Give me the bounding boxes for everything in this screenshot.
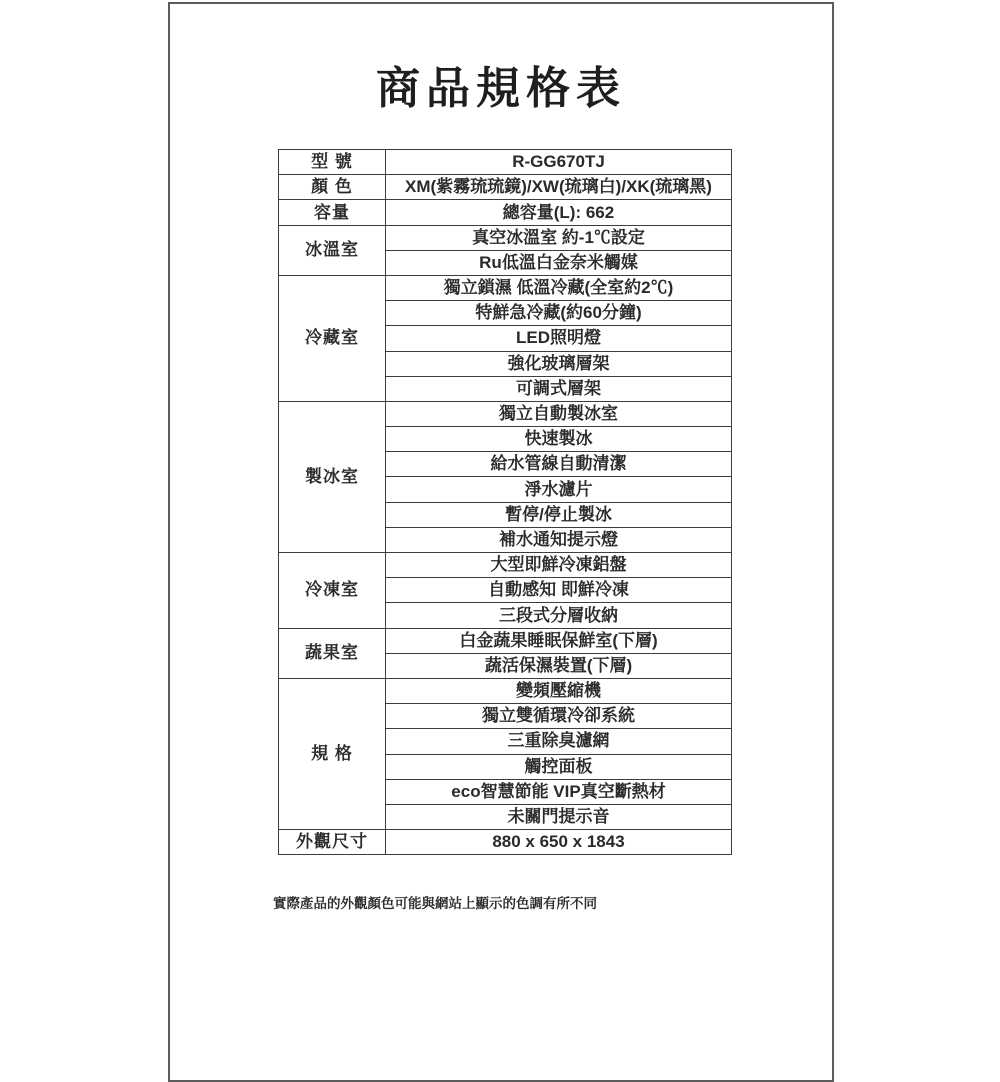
table-row: 容量總容量(L): 662	[279, 200, 732, 225]
spec-category-cell: 製冰室	[279, 401, 386, 552]
spec-value-cell: eco智慧節能 VIP真空斷熱材	[386, 779, 732, 804]
spec-value-cell: 獨立雙循環冷卻系統	[386, 704, 732, 729]
spec-value-cell: Ru低溫白金奈米觸媒	[386, 250, 732, 275]
spec-value-cell: 獨立自動製冰室	[386, 401, 732, 426]
page-title: 商品規格表	[170, 52, 832, 116]
spec-value-cell: 淨水濾片	[386, 477, 732, 502]
spec-value-cell: 880 x 650 x 1843	[386, 830, 732, 855]
spec-value-cell: 大型即鮮冷凍鋁盤	[386, 553, 732, 578]
spec-value-cell: 變頻壓縮機	[386, 678, 732, 703]
table-row: 冷凍室大型即鮮冷凍鋁盤	[279, 553, 732, 578]
spec-value-cell: 給水管線自動清潔	[386, 452, 732, 477]
spec-table: 型 號R-GG670TJ顏 色XM(紫霧琉琉鏡)/XW(琉璃白)/XK(琉璃黑)…	[278, 149, 732, 855]
spec-category-cell: 冷凍室	[279, 553, 386, 629]
spec-sheet-page: 商品規格表 型 號R-GG670TJ顏 色XM(紫霧琉琉鏡)/XW(琉璃白)/X…	[168, 2, 834, 1000]
spec-category-cell: 冰溫室	[279, 225, 386, 275]
spec-value-cell: XM(紫霧琉琉鏡)/XW(琉璃白)/XK(琉璃黑)	[386, 175, 732, 200]
spec-value-cell: LED照明燈	[386, 326, 732, 351]
table-row: 型 號R-GG670TJ	[279, 150, 732, 175]
table-row: 蔬果室白金蔬果睡眠保鮮室(下層)	[279, 628, 732, 653]
spec-value-cell: 強化玻璃層架	[386, 351, 732, 376]
table-row: 顏 色XM(紫霧琉琉鏡)/XW(琉璃白)/XK(琉璃黑)	[279, 175, 732, 200]
table-row: 製冰室獨立自動製冰室	[279, 401, 732, 426]
spec-value-cell: 三重除臭濾網	[386, 729, 732, 754]
spec-value-cell: 特鮮急冷藏(約60分鐘)	[386, 301, 732, 326]
table-row: 規 格變頻壓縮機	[279, 678, 732, 703]
spec-value-cell: 補水通知提示燈	[386, 527, 732, 552]
spec-value-cell: 獨立鎖濕 低溫冷藏(全室約2℃)	[386, 275, 732, 300]
spec-value-cell: 未關門提示音	[386, 804, 732, 829]
spec-value-cell: 可調式層架	[386, 376, 732, 401]
spec-category-cell: 外觀尺寸	[279, 830, 386, 855]
spec-value-cell: 真空冰溫室 約-1℃設定	[386, 225, 732, 250]
spec-category-cell: 型 號	[279, 150, 386, 175]
spec-category-cell: 顏 色	[279, 175, 386, 200]
spec-value-cell: 自動感知 即鮮冷凍	[386, 578, 732, 603]
color-disclaimer-note: 實際產品的外觀顏色可能與網站上顯示的色調有所不同	[273, 892, 597, 912]
spec-category-cell: 容量	[279, 200, 386, 225]
table-row: 冰溫室真空冰溫室 約-1℃設定	[279, 225, 732, 250]
spec-value-cell: 蔬活保濕裝置(下層)	[386, 653, 732, 678]
spec-value-cell: 白金蔬果睡眠保鮮室(下層)	[386, 628, 732, 653]
table-row: 外觀尺寸880 x 650 x 1843	[279, 830, 732, 855]
spec-value-cell: 暫停/停止製冰	[386, 502, 732, 527]
spec-value-cell: 三段式分層收納	[386, 603, 732, 628]
table-row: 冷藏室獨立鎖濕 低溫冷藏(全室約2℃)	[279, 275, 732, 300]
spec-category-cell: 規 格	[279, 678, 386, 829]
spec-category-cell: 蔬果室	[279, 628, 386, 678]
spec-category-cell: 冷藏室	[279, 275, 386, 401]
spec-value-cell: 總容量(L): 662	[386, 200, 732, 225]
spec-value-cell: R-GG670TJ	[386, 150, 732, 175]
spec-value-cell: 觸控面板	[386, 754, 732, 779]
spec-value-cell: 快速製冰	[386, 427, 732, 452]
